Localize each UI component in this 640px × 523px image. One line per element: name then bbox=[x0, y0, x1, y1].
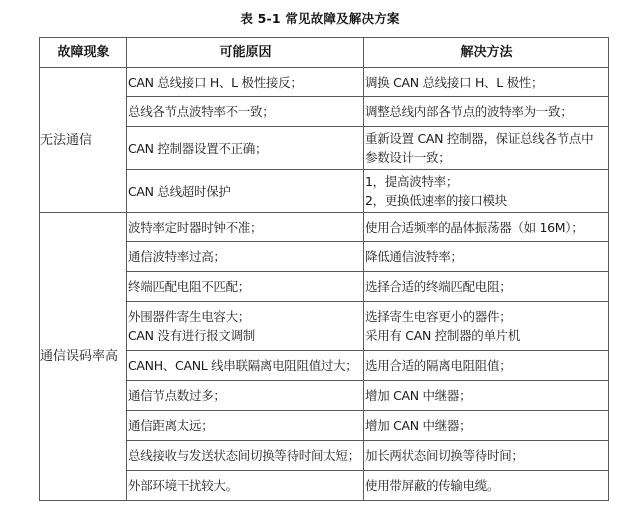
solution-cell: 增加 CAN 中继器； bbox=[364, 411, 609, 441]
cause-text: CAN 总线接口 H、L 极性接反； bbox=[128, 73, 363, 92]
header-cause: 可能原因 bbox=[127, 38, 364, 68]
solution-text: 2，更换低速率的接口模块 bbox=[365, 191, 608, 210]
solution-text: 调整总线内部各节点的波特率为一致； bbox=[365, 102, 608, 121]
header-symptom: 故障现象 bbox=[40, 38, 127, 68]
table-header-row: 故障现象 可能原因 解决方法 bbox=[40, 38, 609, 68]
cause-text: CAN 总线超时保护 bbox=[128, 182, 363, 201]
cause-cell: 通信波特率过高； bbox=[127, 242, 364, 272]
symptom-cell: 无法通信 bbox=[40, 68, 127, 213]
solution-text: 使用带屏蔽的传输电缆。 bbox=[365, 476, 608, 495]
solution-text: 采用有 CAN 控制器的单片机 bbox=[365, 326, 608, 345]
symptom-cell: 通信误码率高 bbox=[40, 213, 127, 501]
cause-text: 外围器件寄生电容大； bbox=[128, 307, 363, 326]
solution-cell: 降低通信波特率； bbox=[364, 242, 609, 272]
solution-cell: 使用合适频率的晶体振荡器（如 16M）； bbox=[364, 213, 609, 242]
header-solution: 解决方法 bbox=[364, 38, 609, 68]
cause-text: CAN 没有进行报文调制 bbox=[128, 326, 363, 345]
cause-cell: 总线各节点波特率不一致； bbox=[127, 97, 364, 127]
cause-cell: 外部环境干扰较大。 bbox=[127, 471, 364, 501]
cause-text: 波特率定时器时钟不准； bbox=[128, 218, 363, 237]
solution-text: 增加 CAN 中继器； bbox=[365, 416, 608, 435]
table-caption: 表 5-1 常见故障及解决方案 bbox=[0, 9, 640, 27]
solution-text: 选择合适的终端匹配电阻； bbox=[365, 277, 608, 296]
solution-cell: 选择寄生电容更小的器件； 采用有 CAN 控制器的单片机 bbox=[364, 302, 609, 351]
cause-text: 通信波特率过高； bbox=[128, 247, 363, 266]
solution-cell: 选用合适的隔离电阻阻值； bbox=[364, 351, 609, 381]
solution-text: 增加 CAN 中继器； bbox=[365, 386, 608, 405]
cause-text: 外部环境干扰较大。 bbox=[128, 476, 363, 495]
solution-text: 加长两状态间切换等待时间； bbox=[365, 446, 608, 465]
cause-text: 总线各节点波特率不一致； bbox=[128, 102, 363, 121]
solution-text: 参数设计一致； bbox=[365, 148, 608, 167]
solution-cell: 调整总线内部各节点的波特率为一致； bbox=[364, 97, 609, 127]
cause-cell: 终端匹配电阻不匹配； bbox=[127, 272, 364, 302]
solution-text: 1，提高波特率； bbox=[365, 172, 608, 191]
solution-text: 使用合适频率的晶体振荡器（如 16M）； bbox=[365, 218, 608, 237]
solution-text: 调换 CAN 总线接口 H、L 极性； bbox=[365, 73, 608, 92]
cause-text: 通信节点数过多； bbox=[128, 386, 363, 405]
cause-cell: 通信距离太远； bbox=[127, 411, 364, 441]
solution-cell: 调换 CAN 总线接口 H、L 极性； bbox=[364, 68, 609, 97]
solution-text: 选择寄生电容更小的器件； bbox=[365, 307, 608, 326]
cause-cell: CAN 总线接口 H、L 极性接反； bbox=[127, 68, 364, 97]
cause-text: CAN 控制器设置不正确； bbox=[128, 139, 363, 158]
cause-text: 通信距离太远； bbox=[128, 416, 363, 435]
solution-cell: 选择合适的终端匹配电阻； bbox=[364, 272, 609, 302]
cause-cell: 外围器件寄生电容大； CAN 没有进行报文调制 bbox=[127, 302, 364, 351]
cause-text: CANH、CANL 线串联隔离电阻阻值过大； bbox=[128, 356, 363, 375]
cause-cell: 波特率定时器时钟不准； bbox=[127, 213, 364, 242]
solution-cell: 使用带屏蔽的传输电缆。 bbox=[364, 471, 609, 501]
cause-cell: CAN 控制器设置不正确； bbox=[127, 127, 364, 170]
solution-cell: 加长两状态间切换等待时间； bbox=[364, 441, 609, 471]
cause-text: 终端匹配电阻不匹配； bbox=[128, 277, 363, 296]
cause-cell: CANH、CANL 线串联隔离电阻阻值过大； bbox=[127, 351, 364, 381]
solution-cell: 增加 CAN 中继器； bbox=[364, 381, 609, 411]
table-row: 无法通信 CAN 总线接口 H、L 极性接反； 调换 CAN 总线接口 H、L … bbox=[40, 68, 609, 97]
solution-text: 重新设置 CAN 控制器，保证总线各节点中 bbox=[365, 129, 608, 148]
cause-cell: CAN 总线超时保护 bbox=[127, 170, 364, 213]
solution-text: 降低通信波特率； bbox=[365, 247, 608, 266]
fault-solution-table: 故障现象 可能原因 解决方法 无法通信 CAN 总线接口 H、L 极性接反； 调… bbox=[39, 37, 609, 501]
cause-cell: 总线接收与发送状态间切换等待时间太短； bbox=[127, 441, 364, 471]
solution-cell: 重新设置 CAN 控制器，保证总线各节点中 参数设计一致； bbox=[364, 127, 609, 170]
table-row: 通信误码率高 波特率定时器时钟不准； 使用合适频率的晶体振荡器（如 16M）； bbox=[40, 213, 609, 242]
cause-cell: 通信节点数过多； bbox=[127, 381, 364, 411]
solution-cell: 1，提高波特率； 2，更换低速率的接口模块 bbox=[364, 170, 609, 213]
solution-text: 选用合适的隔离电阻阻值； bbox=[365, 356, 608, 375]
cause-text: 总线接收与发送状态间切换等待时间太短； bbox=[128, 446, 363, 465]
